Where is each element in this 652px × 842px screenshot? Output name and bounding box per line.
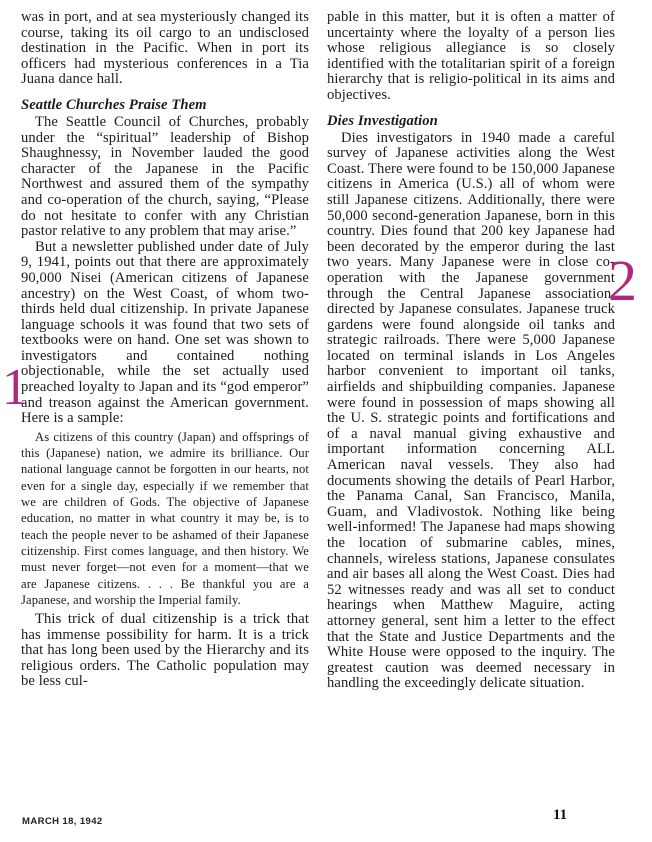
quote-text: As citizens of this country (Japan) and … xyxy=(21,429,309,608)
paragraph: was in port, and at sea mysteriously cha… xyxy=(21,10,309,88)
page-number: 11 xyxy=(553,807,567,824)
paragraph: Dies investigators in 1940 made a carefu… xyxy=(327,131,615,692)
paragraph: This trick of dual citizenship is a tric… xyxy=(21,612,309,690)
section-heading-dies-investigation: Dies Investigation xyxy=(327,113,615,129)
section-heading-seattle-churches: Seattle Churches Praise Them xyxy=(21,97,309,113)
annotation-mark-1: 1 xyxy=(2,362,28,414)
right-column: pable in this matter, but it is often a … xyxy=(327,10,615,692)
paragraph: pable in this matter, but it is often a … xyxy=(327,10,615,104)
block-quote: As citizens of this country (Japan) and … xyxy=(21,429,309,608)
footer-date: MARCH 18, 1942 xyxy=(22,816,103,827)
paragraph: But a newsletter published under date of… xyxy=(21,240,309,427)
left-column: was in port, and at sea mysteriously cha… xyxy=(21,10,309,690)
annotation-mark-2: 2 xyxy=(608,252,637,310)
paragraph: The Seattle Council of Churches, probabl… xyxy=(21,115,309,240)
